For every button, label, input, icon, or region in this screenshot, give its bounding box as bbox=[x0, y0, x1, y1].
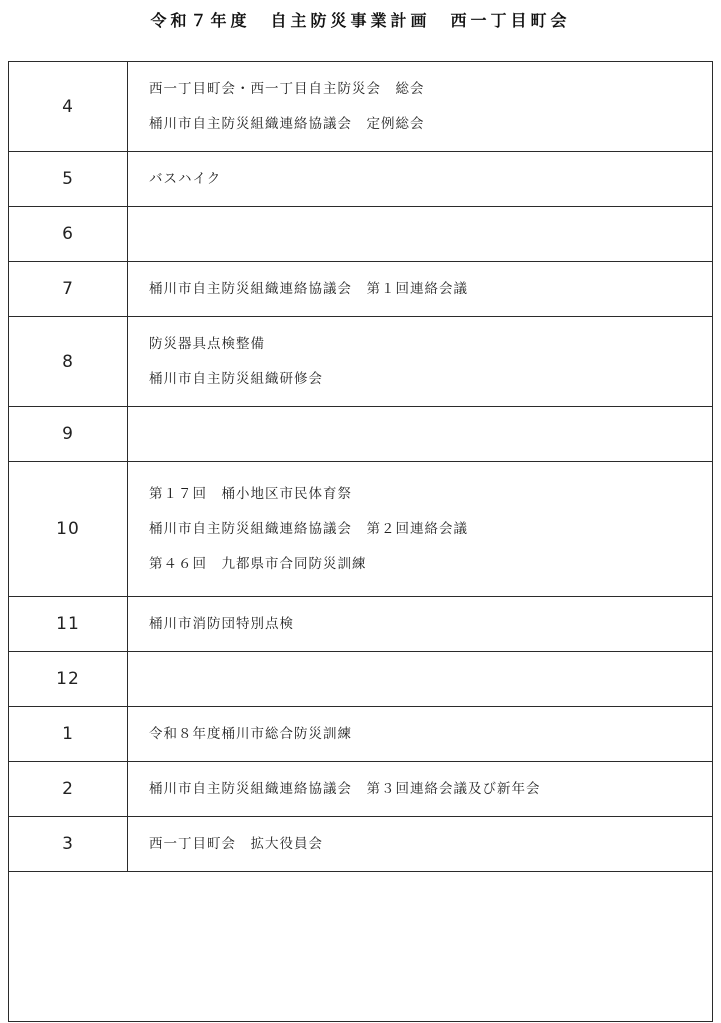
table-row-empty-footer bbox=[9, 872, 712, 1021]
table-row-july: 7 桶川市自主防災組織連絡協議会 第１回連絡会議 bbox=[9, 262, 712, 317]
table-row-april: 4 西一丁目町会・西一丁目自主防災会 総会 桶川市自主防災組織連絡協議会 定例総… bbox=[9, 62, 712, 152]
events-cell: 令和８年度桶川市総合防災訓練 bbox=[128, 707, 712, 761]
month-cell: 5 bbox=[9, 152, 128, 206]
month-label: 3 bbox=[62, 834, 74, 854]
event-text: 桶川市自主防災組織連絡協議会 第１回連絡会議 bbox=[149, 279, 702, 299]
table-row-january: 1 令和８年度桶川市総合防災訓練 bbox=[9, 707, 712, 762]
events-cell: バスハイク bbox=[128, 152, 712, 206]
event-text: 桶川市消防団特別点検 bbox=[149, 614, 702, 634]
month-cell: 6 bbox=[9, 207, 128, 261]
event-text: 桶川市自主防災組織連絡協議会 第２回連絡会議 bbox=[149, 519, 702, 539]
month-cell: 12 bbox=[9, 652, 128, 706]
month-label: 9 bbox=[62, 424, 74, 444]
table-row-february: 2 桶川市自主防災組織連絡協議会 第３回連絡会議及び新年会 bbox=[9, 762, 712, 817]
event-text: 桶川市自主防災組織研修会 bbox=[149, 369, 702, 389]
month-label: 7 bbox=[62, 279, 74, 299]
event-text: 西一丁目町会・西一丁目自主防災会 総会 bbox=[149, 79, 702, 99]
month-cell: 1 bbox=[9, 707, 128, 761]
events-cell: 西一丁目町会・西一丁目自主防災会 総会 桶川市自主防災組織連絡協議会 定例総会 bbox=[128, 62, 712, 151]
month-label: 2 bbox=[62, 779, 74, 799]
month-label: 5 bbox=[62, 169, 74, 189]
month-label: 11 bbox=[56, 614, 80, 634]
event-text: 令和８年度桶川市総合防災訓練 bbox=[149, 724, 702, 744]
events-cell: 西一丁目町会 拡大役員会 bbox=[128, 817, 712, 871]
table-row-september: 9 bbox=[9, 407, 712, 462]
table-row-june: 6 bbox=[9, 207, 712, 262]
empty-footer-cell bbox=[9, 872, 712, 1021]
events-cell bbox=[128, 407, 712, 461]
event-text: 桶川市自主防災組織連絡協議会 定例総会 bbox=[149, 114, 702, 134]
month-label: 10 bbox=[56, 519, 80, 539]
schedule-table: 4 西一丁目町会・西一丁目自主防災会 総会 桶川市自主防災組織連絡協議会 定例総… bbox=[8, 61, 713, 1022]
table-row-october: 10 第１７回 桶小地区市民体育祭 桶川市自主防災組織連絡協議会 第２回連絡会議… bbox=[9, 462, 712, 597]
month-cell: 3 bbox=[9, 817, 128, 871]
month-cell: 2 bbox=[9, 762, 128, 816]
event-text: 防災器具点検整備 bbox=[149, 334, 702, 354]
month-cell: 8 bbox=[9, 317, 128, 406]
events-cell: 防災器具点検整備 桶川市自主防災組織研修会 bbox=[128, 317, 712, 406]
table-row-august: 8 防災器具点検整備 桶川市自主防災組織研修会 bbox=[9, 317, 712, 407]
event-text: 第４６回 九都県市合同防災訓練 bbox=[149, 554, 702, 574]
month-label: 6 bbox=[62, 224, 74, 244]
table-row-november: 11 桶川市消防団特別点検 bbox=[9, 597, 712, 652]
event-text: 桶川市自主防災組織連絡協議会 第３回連絡会議及び新年会 bbox=[149, 779, 702, 799]
page-title: 令和７年度 自主防災事業計画 西一丁目町会 bbox=[0, 8, 721, 31]
events-cell: 第１７回 桶小地区市民体育祭 桶川市自主防災組織連絡協議会 第２回連絡会議 第４… bbox=[128, 462, 712, 596]
events-cell bbox=[128, 652, 712, 706]
month-cell: 11 bbox=[9, 597, 128, 651]
month-label: 12 bbox=[56, 669, 80, 689]
events-cell bbox=[128, 207, 712, 261]
event-text: バスハイク bbox=[149, 169, 702, 189]
table-row-december: 12 bbox=[9, 652, 712, 707]
month-label: 8 bbox=[62, 352, 74, 372]
month-label: 1 bbox=[62, 724, 74, 744]
event-text: 第１７回 桶小地区市民体育祭 bbox=[149, 484, 702, 504]
table-row-march: 3 西一丁目町会 拡大役員会 bbox=[9, 817, 712, 872]
events-cell: 桶川市自主防災組織連絡協議会 第１回連絡会議 bbox=[128, 262, 712, 316]
events-cell: 桶川市消防団特別点検 bbox=[128, 597, 712, 651]
month-cell: 10 bbox=[9, 462, 128, 596]
events-cell: 桶川市自主防災組織連絡協議会 第３回連絡会議及び新年会 bbox=[128, 762, 712, 816]
month-cell: 7 bbox=[9, 262, 128, 316]
month-cell: 9 bbox=[9, 407, 128, 461]
month-label: 4 bbox=[62, 97, 74, 117]
table-row-may: 5 バスハイク bbox=[9, 152, 712, 207]
event-text: 西一丁目町会 拡大役員会 bbox=[149, 834, 702, 854]
month-cell: 4 bbox=[9, 62, 128, 151]
